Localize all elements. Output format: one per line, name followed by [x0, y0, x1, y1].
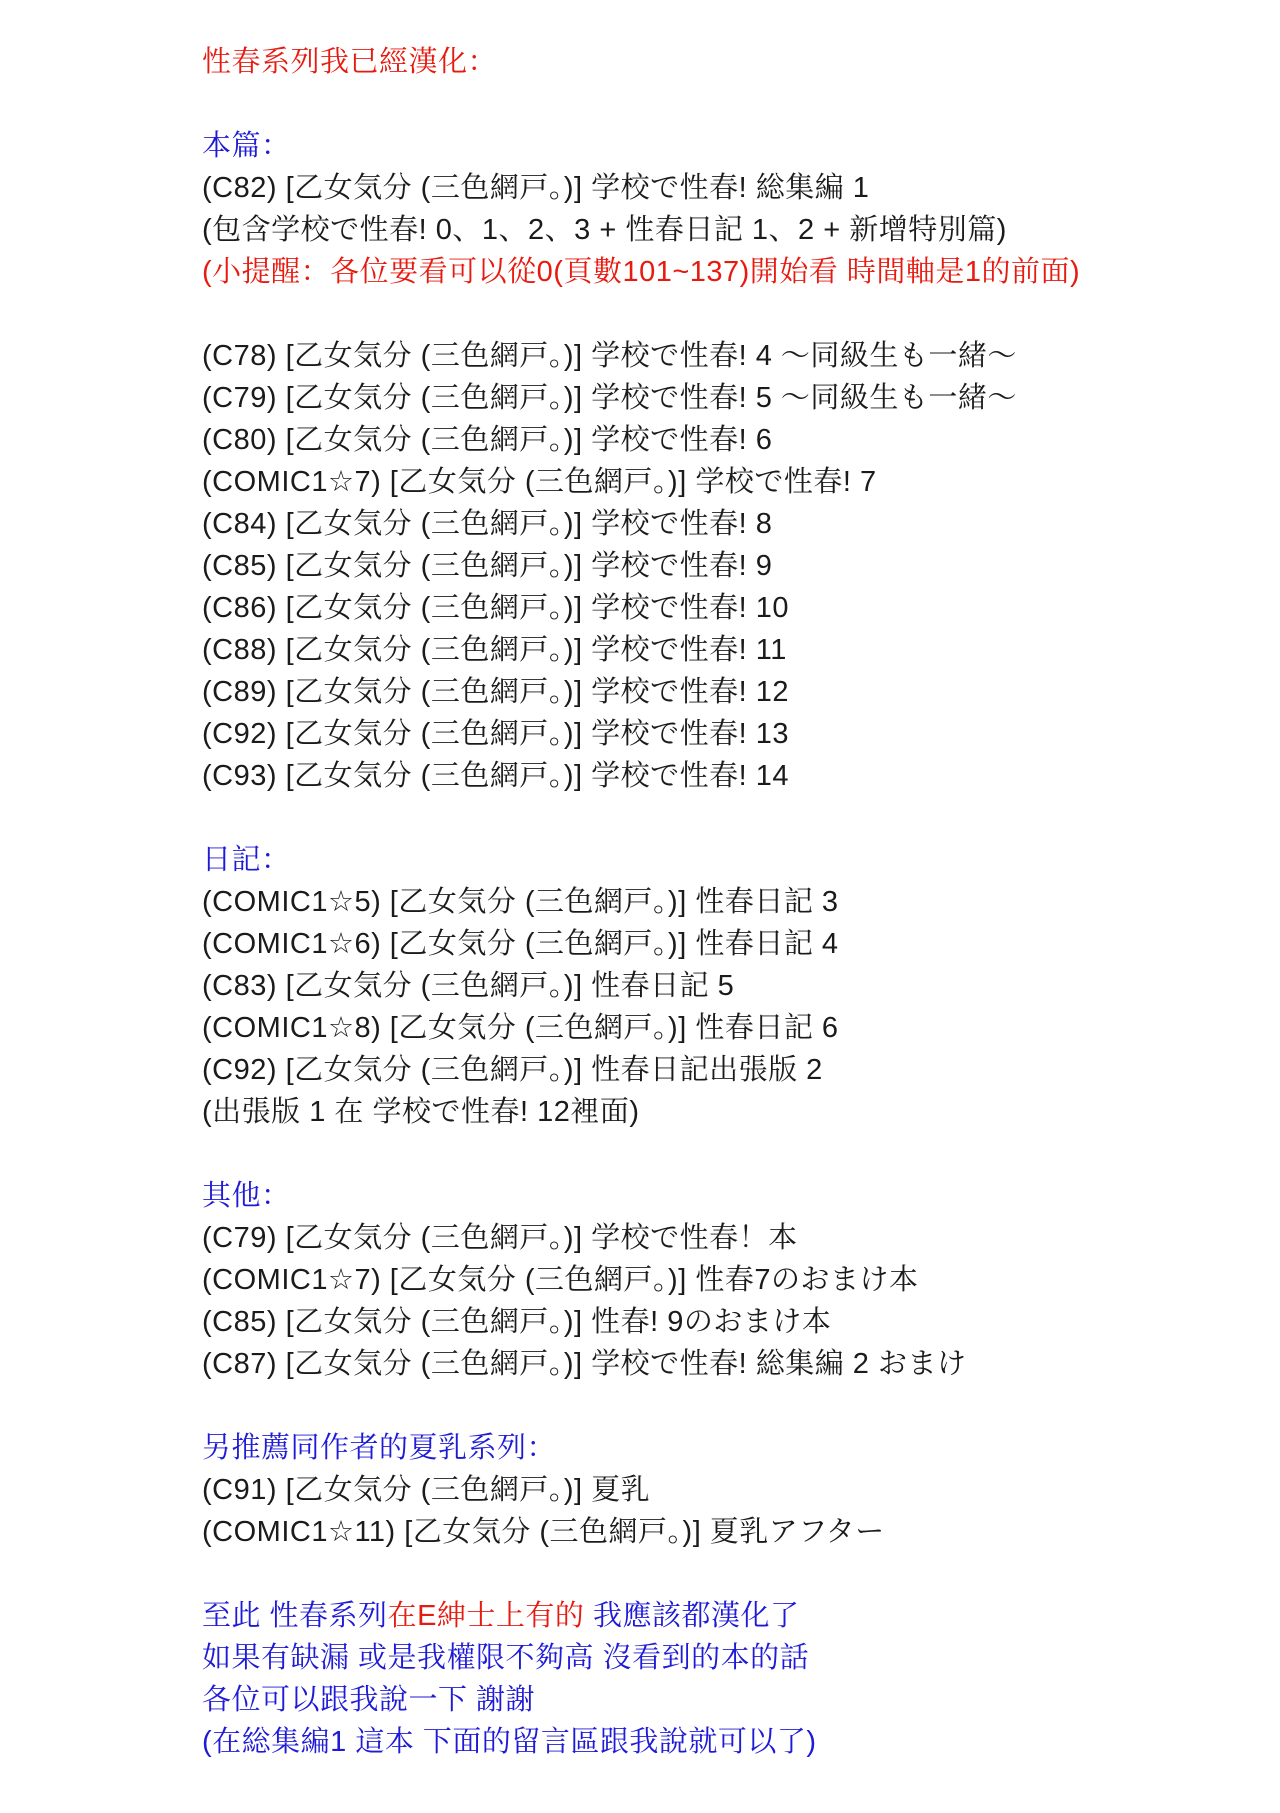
text-segment-black: (C82) [乙女気分 (三色網戸。)] 学校で性春! 総集編 1 — [202, 172, 869, 204]
text-segment-black: (COMIC1☆11) [乙女気分 (三色網戸。)] 夏乳アフター — [202, 1516, 885, 1548]
document-line: (C93) [乙女気分 (三色網戸。)] 学校で性春! 14 — [202, 755, 1260, 797]
document-line: (C86) [乙女気分 (三色網戸。)] 学校で性春! 10 — [202, 587, 1260, 629]
document-line: 日記： — [202, 839, 1260, 881]
document-line: (C83) [乙女気分 (三色網戸。)] 性春日記 5 — [202, 965, 1260, 1007]
document-line: (C89) [乙女気分 (三色網戸。)] 学校で性春! 12 — [202, 671, 1260, 713]
text-segment-blue: 另推薦同作者的夏乳系列： — [202, 1432, 556, 1464]
document-line: 如果有缺漏 或是我權限不夠高 沒看到的本的話 — [202, 1637, 1260, 1679]
document-line: (COMIC1☆6) [乙女気分 (三色網戸。)] 性春日記 4 — [202, 923, 1260, 965]
text-segment-black: (COMIC1☆8) [乙女気分 (三色網戸。)] 性春日記 6 — [202, 1012, 839, 1044]
text-segment-black: (COMIC1☆6) [乙女気分 (三色網戸。)] 性春日記 4 — [202, 928, 839, 960]
document-line: (C92) [乙女気分 (三色網戸。)] 性春日記出張版 2 — [202, 1049, 1260, 1091]
text-segment-blue: 各位可以跟我說一下 謝謝 — [202, 1684, 535, 1716]
document-line: (C88) [乙女気分 (三色網戸。)] 学校で性春! 11 — [202, 629, 1260, 671]
text-segment-blue: 至此 性春系列 — [202, 1600, 388, 1632]
text-segment-red: 性春系列我已經漢化： — [202, 46, 497, 78]
document-line: 其他： — [202, 1175, 1260, 1217]
document-line: (C87) [乙女気分 (三色網戸。)] 学校で性春! 総集編 2 おまけ — [202, 1343, 1260, 1385]
document-line: (C91) [乙女気分 (三色網戸。)] 夏乳 — [202, 1469, 1260, 1511]
text-segment-black: (包含学校で性春! 0、1、2、3 + 性春日記 1、2 + 新增特別篇) — [202, 214, 1007, 246]
text-segment-blue: (在総集編1 這本 下面的留言區跟我說就可以了) — [202, 1726, 817, 1758]
text-segment-black: (C89) [乙女気分 (三色網戸。)] 学校で性春! 12 — [202, 676, 789, 708]
text-segment-black: (C79) [乙女気分 (三色網戸。)] 学校で性春！本 — [202, 1222, 798, 1254]
document-line: 性春系列我已經漢化： — [202, 41, 1260, 83]
text-segment-black: (C93) [乙女気分 (三色網戸。)] 学校で性春! 14 — [202, 760, 789, 792]
text-segment-black: (C79) [乙女気分 (三色網戸。)] 学校で性春! 5 ～同級生も一緒～ — [202, 382, 1017, 414]
document-line: 另推薦同作者的夏乳系列： — [202, 1427, 1260, 1469]
text-segment-blue: 本篇： — [202, 130, 291, 162]
text-segment-black: (COMIC1☆7) [乙女気分 (三色網戸。)] 性春7のおまけ本 — [202, 1264, 918, 1296]
document-line: (C79) [乙女気分 (三色網戸。)] 学校で性春！本 — [202, 1217, 1260, 1259]
document-line: (在総集編1 這本 下面的留言區跟我說就可以了) — [202, 1721, 1260, 1763]
document-line: (小提醒：各位要看可以從0(頁數101~137)開始看 時間軸是1的前面) — [202, 251, 1260, 293]
blank-line — [202, 293, 1260, 335]
document-body: 性春系列我已經漢化： 本篇：(C82) [乙女気分 (三色網戸。)] 学校で性春… — [202, 41, 1260, 1763]
text-segment-black: (C92) [乙女気分 (三色網戸。)] 学校で性春! 13 — [202, 718, 789, 750]
document-line: (COMIC1☆5) [乙女気分 (三色網戸。)] 性春日記 3 — [202, 881, 1260, 923]
text-segment-black: (C87) [乙女気分 (三色網戸。)] 学校で性春! 総集編 2 おまけ — [202, 1348, 966, 1380]
document-line: (COMIC1☆7) [乙女気分 (三色網戸。)] 学校で性春! 7 — [202, 461, 1260, 503]
text-segment-black: (COMIC1☆7) [乙女気分 (三色網戸。)] 学校で性春! 7 — [202, 466, 877, 498]
document-line: 至此 性春系列在E紳士上有的 我應該都漢化了 — [202, 1595, 1260, 1637]
text-segment-black: (C78) [乙女気分 (三色網戸。)] 学校で性春! 4 ～同級生も一緒～ — [202, 340, 1017, 372]
document-line: (COMIC1☆8) [乙女気分 (三色網戸。)] 性春日記 6 — [202, 1007, 1260, 1049]
text-segment-black: (C80) [乙女気分 (三色網戸。)] 学校で性春! 6 — [202, 424, 772, 456]
document-line: (COMIC1☆11) [乙女気分 (三色網戸。)] 夏乳アフター — [202, 1511, 1260, 1553]
text-segment-black: (C84) [乙女気分 (三色網戸。)] 学校で性春! 8 — [202, 508, 772, 540]
blank-line — [202, 797, 1260, 839]
document-line: (C92) [乙女気分 (三色網戸。)] 学校で性春! 13 — [202, 713, 1260, 755]
blank-line — [202, 1553, 1260, 1595]
text-segment-black: (C92) [乙女気分 (三色網戸。)] 性春日記出張版 2 — [202, 1054, 823, 1086]
blank-line — [202, 1385, 1260, 1427]
text-segment-blue: 日記： — [202, 844, 291, 876]
text-segment-red: 在E紳士上有的 — [388, 1600, 585, 1632]
document-page: 性春系列我已經漢化： 本篇：(C82) [乙女気分 (三色網戸。)] 学校で性春… — [0, 0, 1280, 1813]
text-segment-blue: 我應該都漢化了 — [584, 1600, 799, 1632]
document-line: (C84) [乙女気分 (三色網戸。)] 学校で性春! 8 — [202, 503, 1260, 545]
document-line: 各位可以跟我說一下 謝謝 — [202, 1679, 1260, 1721]
text-segment-black: (C91) [乙女気分 (三色網戸。)] 夏乳 — [202, 1474, 650, 1506]
text-segment-red: (小提醒：各位要看可以從0(頁數101~137)開始看 時間軸是1的前面) — [202, 256, 1080, 288]
document-line: 本篇： — [202, 125, 1260, 167]
text-segment-black: (出張版 1 在 学校で性春! 12裡面) — [202, 1096, 640, 1128]
document-line: (包含学校で性春! 0、1、2、3 + 性春日記 1、2 + 新增特別篇) — [202, 209, 1260, 251]
text-segment-blue: 如果有缺漏 或是我權限不夠高 沒看到的本的話 — [202, 1642, 809, 1674]
document-line: (出張版 1 在 学校で性春! 12裡面) — [202, 1091, 1260, 1133]
document-line: (COMIC1☆7) [乙女気分 (三色網戸。)] 性春7のおまけ本 — [202, 1259, 1260, 1301]
text-segment-black: (C83) [乙女気分 (三色網戸。)] 性春日記 5 — [202, 970, 734, 1002]
text-segment-black: (C86) [乙女気分 (三色網戸。)] 学校で性春! 10 — [202, 592, 789, 624]
document-line: (C80) [乙女気分 (三色網戸。)] 学校で性春! 6 — [202, 419, 1260, 461]
document-line: (C85) [乙女気分 (三色網戸。)] 性春! 9のおまけ本 — [202, 1301, 1260, 1343]
document-line: (C85) [乙女気分 (三色網戸。)] 学校で性春! 9 — [202, 545, 1260, 587]
text-segment-black: (COMIC1☆5) [乙女気分 (三色網戸。)] 性春日記 3 — [202, 886, 839, 918]
text-segment-black: (C85) [乙女気分 (三色網戸。)] 学校で性春! 9 — [202, 550, 772, 582]
blank-line — [202, 1133, 1260, 1175]
text-segment-blue: 其他： — [202, 1180, 291, 1212]
document-line: (C82) [乙女気分 (三色網戸。)] 学校で性春! 総集編 1 — [202, 167, 1260, 209]
document-line: (C78) [乙女気分 (三色網戸。)] 学校で性春! 4 ～同級生も一緒～ — [202, 335, 1260, 377]
text-segment-black: (C85) [乙女気分 (三色網戸。)] 性春! 9のおまけ本 — [202, 1306, 831, 1338]
blank-line — [202, 83, 1260, 125]
document-line: (C79) [乙女気分 (三色網戸。)] 学校で性春! 5 ～同級生も一緒～ — [202, 377, 1260, 419]
text-segment-black: (C88) [乙女気分 (三色網戸。)] 学校で性春! 11 — [202, 634, 787, 666]
